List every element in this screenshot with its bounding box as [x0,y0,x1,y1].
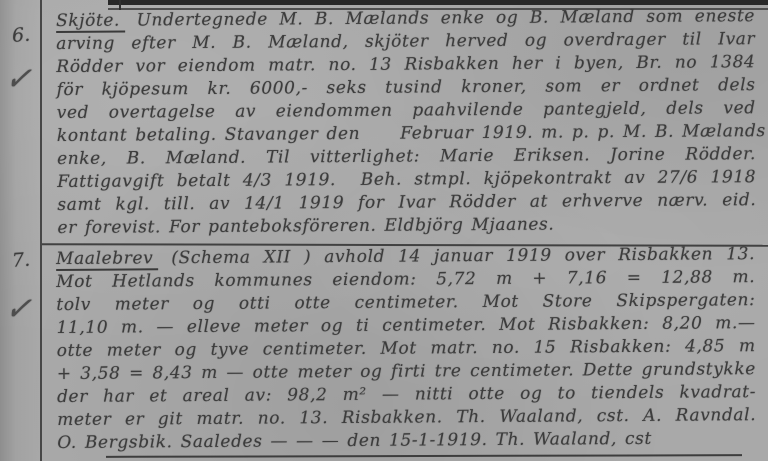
margin-vertical-rule [40,0,42,461]
text-line: samt kgl. till. av 14/1 1919 for Ivar Rö… [57,189,756,217]
text-line: O. Bergsbik. Saaledes — — — den 15-1-191… [57,427,756,455]
entry-6-title: Skjöte. [56,11,125,33]
checkmark-entry-6: ✓ [1,58,40,101]
entry-7-title-line-rest: (Schema XII ) avhold 14 januar 1919 over… [171,244,755,268]
entry-6-title-line-rest: Undertegnede M. B. Mælands enke og B. Mæ… [136,6,755,30]
top-border-thick [108,0,768,5]
entry-7-title: Maalebrev [56,248,158,271]
bottom-border-rule [106,454,742,458]
entry-number-6: 6. [11,23,38,47]
text-line: er forevist. For panteboksföreren. Eldbj… [57,212,756,240]
entry-6-skjote: Skjöte. Undertegnede M. B. Mælands enke … [56,5,757,240]
column-rule-stub [119,0,121,10]
entry-7-maalebrev: Maalebrev (Schema XII ) avhold 14 januar… [56,243,756,455]
entry-number-7: 7. [11,248,38,272]
register-page-scan: 6. ✓ 7. ✓ Skjöte. Undertegnede M. B. Mæl… [0,0,768,461]
checkmark-entry-7: ✓ [1,288,40,331]
